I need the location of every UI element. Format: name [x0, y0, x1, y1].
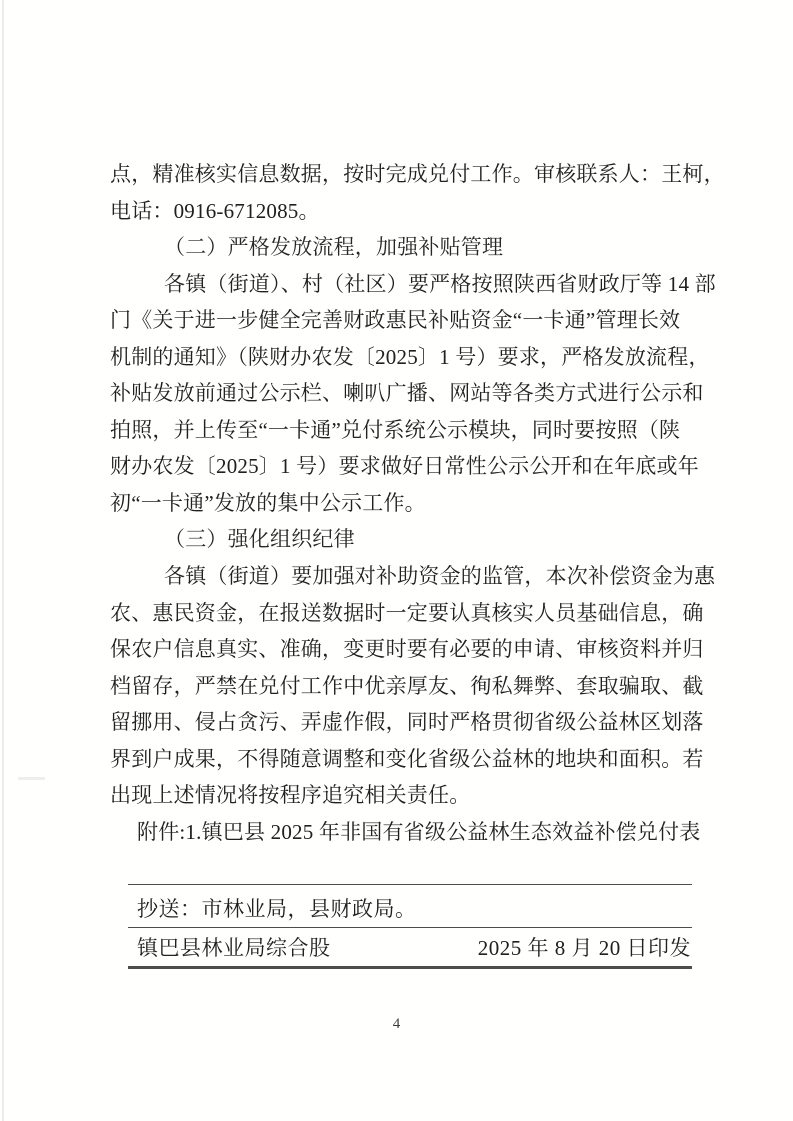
- scan-smudge-artifact: [18, 777, 45, 780]
- issuer-row: 镇巴县林业局综合股 2025 年 8 月 20 日印发: [137, 936, 691, 961]
- body-line: 保农户信息真实、准确，变更时要有必要的申请、审核资料并归: [110, 631, 695, 668]
- body-line: 初“一卡通”发放的集中公示工作。: [110, 485, 695, 522]
- footer-rule-middle: [128, 927, 692, 928]
- body-line: 拍照，并上传至“一卡通”兑付系统公示模块，同时要按照（陕: [110, 412, 695, 449]
- document-page: 点，精准核实信息数据，按时完成兑付工作。审核联系人：王柯， 电话：0916-67…: [0, 0, 793, 1121]
- body-line: 机制的通知》（陕财办农发〔2025〕1 号）要求，严格发放流程，: [110, 339, 695, 376]
- body-line: 电话：0916-6712085。: [110, 193, 695, 230]
- body-line: 留挪用、侵占贪污、弄虚作假，同时严格贯彻省级公益林区划落: [110, 704, 695, 741]
- body-line: 点，精准核实信息数据，按时完成兑付工作。审核联系人：王柯，: [110, 156, 695, 193]
- attachment-line: 附件:1.镇巴县 2025 年非国有省级公益林生态效益补偿兑付表: [110, 814, 695, 851]
- document-body: 点，精准核实信息数据，按时完成兑付工作。审核联系人：王柯， 电话：0916-67…: [110, 156, 695, 850]
- body-line: 农、惠民资金，在报送数据时一定要认真核实人员基础信息，确: [110, 595, 695, 632]
- section-heading: （三）强化组织纪律: [110, 521, 695, 558]
- body-line: 档留存，严禁在兑付工作中优亲厚友、徇私舞弊、套取骗取、截: [110, 668, 695, 705]
- section-heading: （二）严格发放流程，加强补贴管理: [110, 229, 695, 266]
- cc-line: 抄送：市林业局，县财政局。: [137, 897, 417, 922]
- body-line: 财办农发〔2025〕1 号）要求做好日常性公示公开和在年底或年: [110, 448, 695, 485]
- body-line: 界到户成果，不得随意调整和变化省级公益林的地块和面积。若: [110, 741, 695, 778]
- body-line: 出现上述情况将按程序追究相关责任。: [110, 777, 695, 814]
- body-line: 各镇（街道）、村（社区）要严格按照陕西省财政厅等 14 部: [110, 266, 695, 303]
- print-date: 2025 年 8 月 20 日印发: [478, 936, 691, 961]
- body-line: 补贴发放前通过公示栏、喇叭广播、网站等各类方式进行公示和: [110, 375, 695, 412]
- footer-rule-bottom: [128, 966, 692, 969]
- body-line: 门《关于进一步健全完善财政惠民补贴资金“一卡通”管理长效: [110, 302, 695, 339]
- footer-rule-top: [128, 884, 692, 885]
- issuer-office: 镇巴县林业局综合股: [137, 936, 331, 961]
- body-line: 各镇（街道）要加强对补助资金的监管，本次补偿资金为惠: [110, 558, 695, 595]
- scan-edge-artifact: [2, 0, 4, 1121]
- page-number: 4: [0, 1016, 793, 1033]
